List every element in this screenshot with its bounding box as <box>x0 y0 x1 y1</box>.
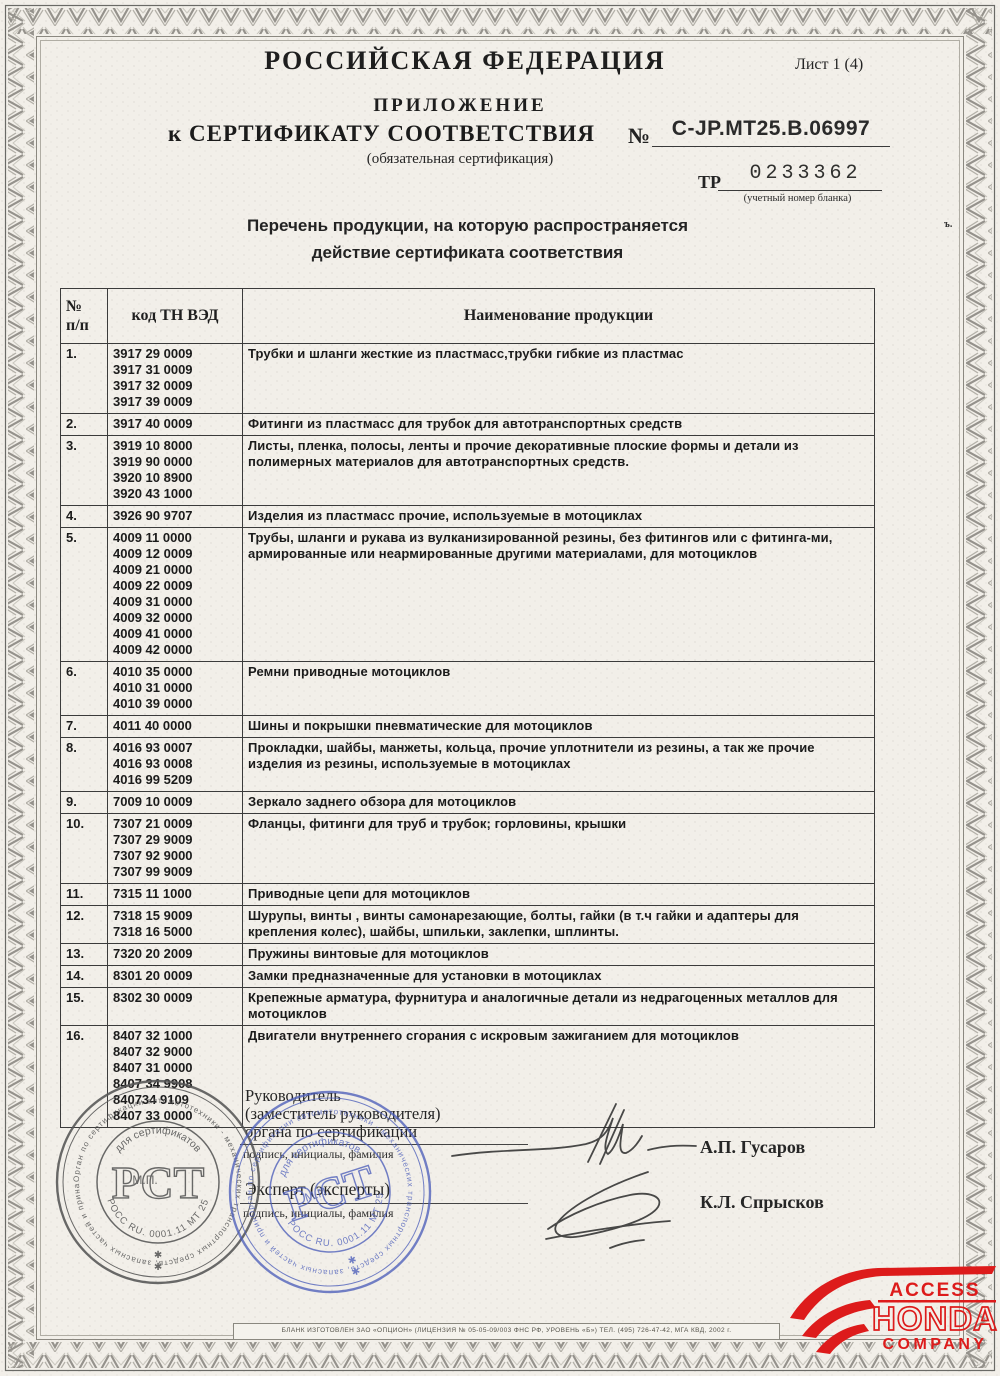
stamp-star-1: ✱ <box>154 1250 162 1261</box>
expert-role: Эксперт (эксперты) <box>245 1180 390 1198</box>
row-name: Листы, пленка, полосы, ленты и прочие де… <box>243 436 875 506</box>
row-number: 2. <box>61 414 108 436</box>
row-name: Шурупы, винты , винты самонарезающие, бо… <box>243 906 875 944</box>
stamp-star-1: ✱ <box>347 1254 358 1267</box>
table-row: 9.7009 10 0009Зеркало заднего обзора для… <box>61 792 875 814</box>
row-number: 3. <box>61 436 108 506</box>
table-row: 16.8407 32 1000 8407 32 9000 8407 31 000… <box>61 1026 875 1128</box>
svg-text:РОСС RU. 0001.11 МТ 25: РОСС RU. 0001.11 МТ 25 <box>104 1197 211 1240</box>
tr-note: (учетный номер бланка) <box>710 193 885 204</box>
row-codes: 3926 90 9707 <box>108 506 243 528</box>
table-row: 5.4009 11 0000 4009 12 0009 4009 21 0000… <box>61 528 875 662</box>
row-number: 12. <box>61 906 108 944</box>
tr-blank-number: 0233362 <box>728 162 883 185</box>
stamp-star-2: ✱ <box>154 1262 162 1273</box>
svg-text:для сертификатов: для сертификатов <box>112 1124 203 1154</box>
row-number: 16. <box>61 1026 108 1128</box>
row-codes: 8301 20 0009 <box>108 966 243 988</box>
certificate-number-underline <box>652 146 890 147</box>
tr-number-underline <box>718 190 882 191</box>
row-codes: 7009 10 0009 <box>108 792 243 814</box>
stamp-monogram: РСТ <box>112 1157 205 1208</box>
row-number: 4. <box>61 506 108 528</box>
row-name: Приводные цепи для мотоциклов <box>243 884 875 906</box>
row-codes: 7307 21 0009 7307 29 9009 7307 92 9000 7… <box>108 814 243 884</box>
doc-subtype-title: к СЕРТИФИКАТУ СООТВЕТСТВИЯ <box>168 121 595 147</box>
row-codes: 4011 40 0000 <box>108 716 243 738</box>
row-number: 10. <box>61 814 108 884</box>
head-name: А.П. Гусаров <box>700 1137 920 1158</box>
honda-wing-top <box>790 1266 996 1320</box>
svg-text:РОСС RU. 0001.11 МТ 25: РОСС RU. 0001.11 МТ 25 <box>284 1189 398 1263</box>
header-cell-num: № п/п <box>61 289 108 344</box>
subtitle-line2: действие сертификата соответствия <box>115 243 820 263</box>
table-row: 8.4016 93 0007 4016 93 0008 4016 99 5209… <box>61 738 875 792</box>
row-name: Пружины винтовые для мотоциклов <box>243 944 875 966</box>
row-codes: 7318 15 9009 7318 16 5000 <box>108 906 243 944</box>
header-num-line2: п/п <box>66 317 89 334</box>
honda-logo-company-text: COMPANY <box>882 1336 987 1353</box>
row-name: Фитинги из пластмасс для трубок для авто… <box>243 414 875 436</box>
head-role-line1: Руководитель <box>245 1087 341 1105</box>
table-row: 2.3917 40 0009Фитинги из пластмасс для т… <box>61 414 875 436</box>
table-row: 14.8301 20 0009Замки предназначенные для… <box>61 966 875 988</box>
table-row: 3.3919 10 8000 3919 90 0000 3920 10 8900… <box>61 436 875 506</box>
row-number: 7. <box>61 716 108 738</box>
expert-name: К.Л. Спрысков <box>700 1192 920 1213</box>
table-row: 11.7315 11 1000Приводные цепи для мотоци… <box>61 884 875 906</box>
row-name: Трубки и шланги жесткие из пластмасс,тру… <box>243 344 875 414</box>
head-signature-caption: подпись, инициалы, фамилия <box>243 1147 393 1162</box>
row-number: 14. <box>61 966 108 988</box>
certificate-number: С-JP.МТ25.В.06997 <box>655 117 887 141</box>
honda-wing-bottom <box>816 1324 869 1354</box>
mandatory-certification-note: (обязательная сертификация) <box>110 151 810 168</box>
row-number: 9. <box>61 792 108 814</box>
table-row: 6.4010 35 0000 4010 31 0000 4010 39 0000… <box>61 662 875 716</box>
row-name: Ремни приводные мотоциклов <box>243 662 875 716</box>
header-cell-name: Наименование продукции <box>243 289 875 344</box>
row-number: 6. <box>61 662 108 716</box>
stamp-inner-bottom-text: РОСС RU. 0001.11 МТ 25 <box>104 1197 211 1240</box>
stamp-mp-mark: М.П. <box>132 1173 157 1187</box>
honda-logo: ACCESS HONDA COMPANY <box>790 1266 998 1354</box>
row-name: Зеркало заднего обзора для мотоциклов <box>243 792 875 814</box>
row-codes: 7320 20 2009 <box>108 944 243 966</box>
table-row: 13.7320 20 2009Пружины винтовые для мото… <box>61 944 875 966</box>
head-signature-line <box>240 1144 528 1145</box>
row-codes: 7315 11 1000 <box>108 884 243 906</box>
subtitle-line1: Перечень продукции, на которую распростр… <box>115 216 820 236</box>
header-cell-code: код ТН ВЭД <box>108 289 243 344</box>
honda-logo-honda-text: HONDA <box>872 1300 998 1337</box>
row-number: 13. <box>61 944 108 966</box>
stamp-star-2: ✱ <box>350 1266 361 1279</box>
row-name: Прокладки, шайбы, манжеты, кольца, прочи… <box>243 738 875 792</box>
row-codes: 4016 93 0007 4016 93 0008 4016 99 5209 <box>108 738 243 792</box>
row-number: 8. <box>61 738 108 792</box>
table-row: 7.4011 40 0000Шины и покрышки пневматиче… <box>61 716 875 738</box>
honda-access-underline <box>878 1300 996 1303</box>
row-name: Фланцы, фитинги для труб и трубок; горло… <box>243 814 875 884</box>
row-codes: 4009 11 0000 4009 12 0009 4009 21 0000 4… <box>108 528 243 662</box>
product-table-header: № п/п код ТН ВЭД Наименование продукции <box>61 289 875 344</box>
product-table: № п/п код ТН ВЭД Наименование продукции … <box>60 288 875 1128</box>
product-table-body: 1.3917 29 0009 3917 31 0009 3917 32 0009… <box>61 344 875 1128</box>
expert-signature-line <box>240 1203 528 1204</box>
stamp-inner-bottom-text: РОСС RU. 0001.11 МТ 25 <box>284 1189 398 1263</box>
row-number: 15. <box>61 988 108 1026</box>
row-name: Шины и покрышки пневматические для мотоц… <box>243 716 875 738</box>
margin-ink-mark: ъ. <box>944 219 952 230</box>
table-row: 10.7307 21 0009 7307 29 9009 7307 92 900… <box>61 814 875 884</box>
row-number: 1. <box>61 344 108 414</box>
doc-type-title: ПРИЛОЖЕНИЕ <box>110 95 810 117</box>
table-row: 4.3926 90 9707Изделия из пластмасс прочи… <box>61 506 875 528</box>
printer-imprint: БЛАНК ИЗГОТОВЛЕН ЗАО «ОПЦИОН» (ЛИЦЕНЗИЯ … <box>233 1323 780 1340</box>
head-role-line3: органа по сертификации <box>245 1123 417 1141</box>
row-name: Трубы, шланги и рукава из вулканизирован… <box>243 528 875 662</box>
sheet-label: Лист 1 (4) <box>795 56 915 74</box>
table-row: 1.3917 29 0009 3917 31 0009 3917 32 0009… <box>61 344 875 414</box>
certificate-page: РОССИЙСКАЯ ФЕДЕРАЦИЯ Лист 1 (4) ПРИЛОЖЕН… <box>0 0 1000 1376</box>
row-codes: 3917 40 0009 <box>108 414 243 436</box>
row-name: Крепежные арматура, фурнитура и аналогич… <box>243 988 875 1026</box>
table-row: 12.7318 15 9009 7318 16 5000Шурупы, винт… <box>61 906 875 944</box>
row-codes: 8407 32 1000 8407 32 9000 8407 31 0000 8… <box>108 1026 243 1128</box>
row-name: Изделия из пластмасс прочие, используемы… <box>243 506 875 528</box>
row-codes: 8302 30 0009 <box>108 988 243 1026</box>
honda-wing-middle <box>802 1300 876 1338</box>
row-name: Замки предназначенные для установки в мо… <box>243 966 875 988</box>
number-sign: № <box>628 123 650 149</box>
expert-signature-ink <box>546 1172 670 1248</box>
header-num-line1: № <box>66 298 82 315</box>
row-codes: 4010 35 0000 4010 31 0000 4010 39 0000 <box>108 662 243 716</box>
row-number: 11. <box>61 884 108 906</box>
table-row: 15.8302 30 0009Крепежные арматура, фурни… <box>61 988 875 1026</box>
row-number: 5. <box>61 528 108 662</box>
expert-signature-caption: подпись, инициалы, фамилия <box>243 1206 393 1221</box>
head-role-line2: (заместитель руководителя) <box>245 1105 441 1123</box>
honda-logo-access-text: ACCESS <box>889 1280 980 1301</box>
country-title: РОССИЙСКАЯ ФЕДЕРАЦИЯ <box>95 46 835 76</box>
row-codes: 3919 10 8000 3919 90 0000 3920 10 8900 3… <box>108 436 243 506</box>
stamp-inner-top-text: для сертификатов <box>112 1124 203 1154</box>
row-codes: 3917 29 0009 3917 31 0009 3917 32 0009 3… <box>108 344 243 414</box>
